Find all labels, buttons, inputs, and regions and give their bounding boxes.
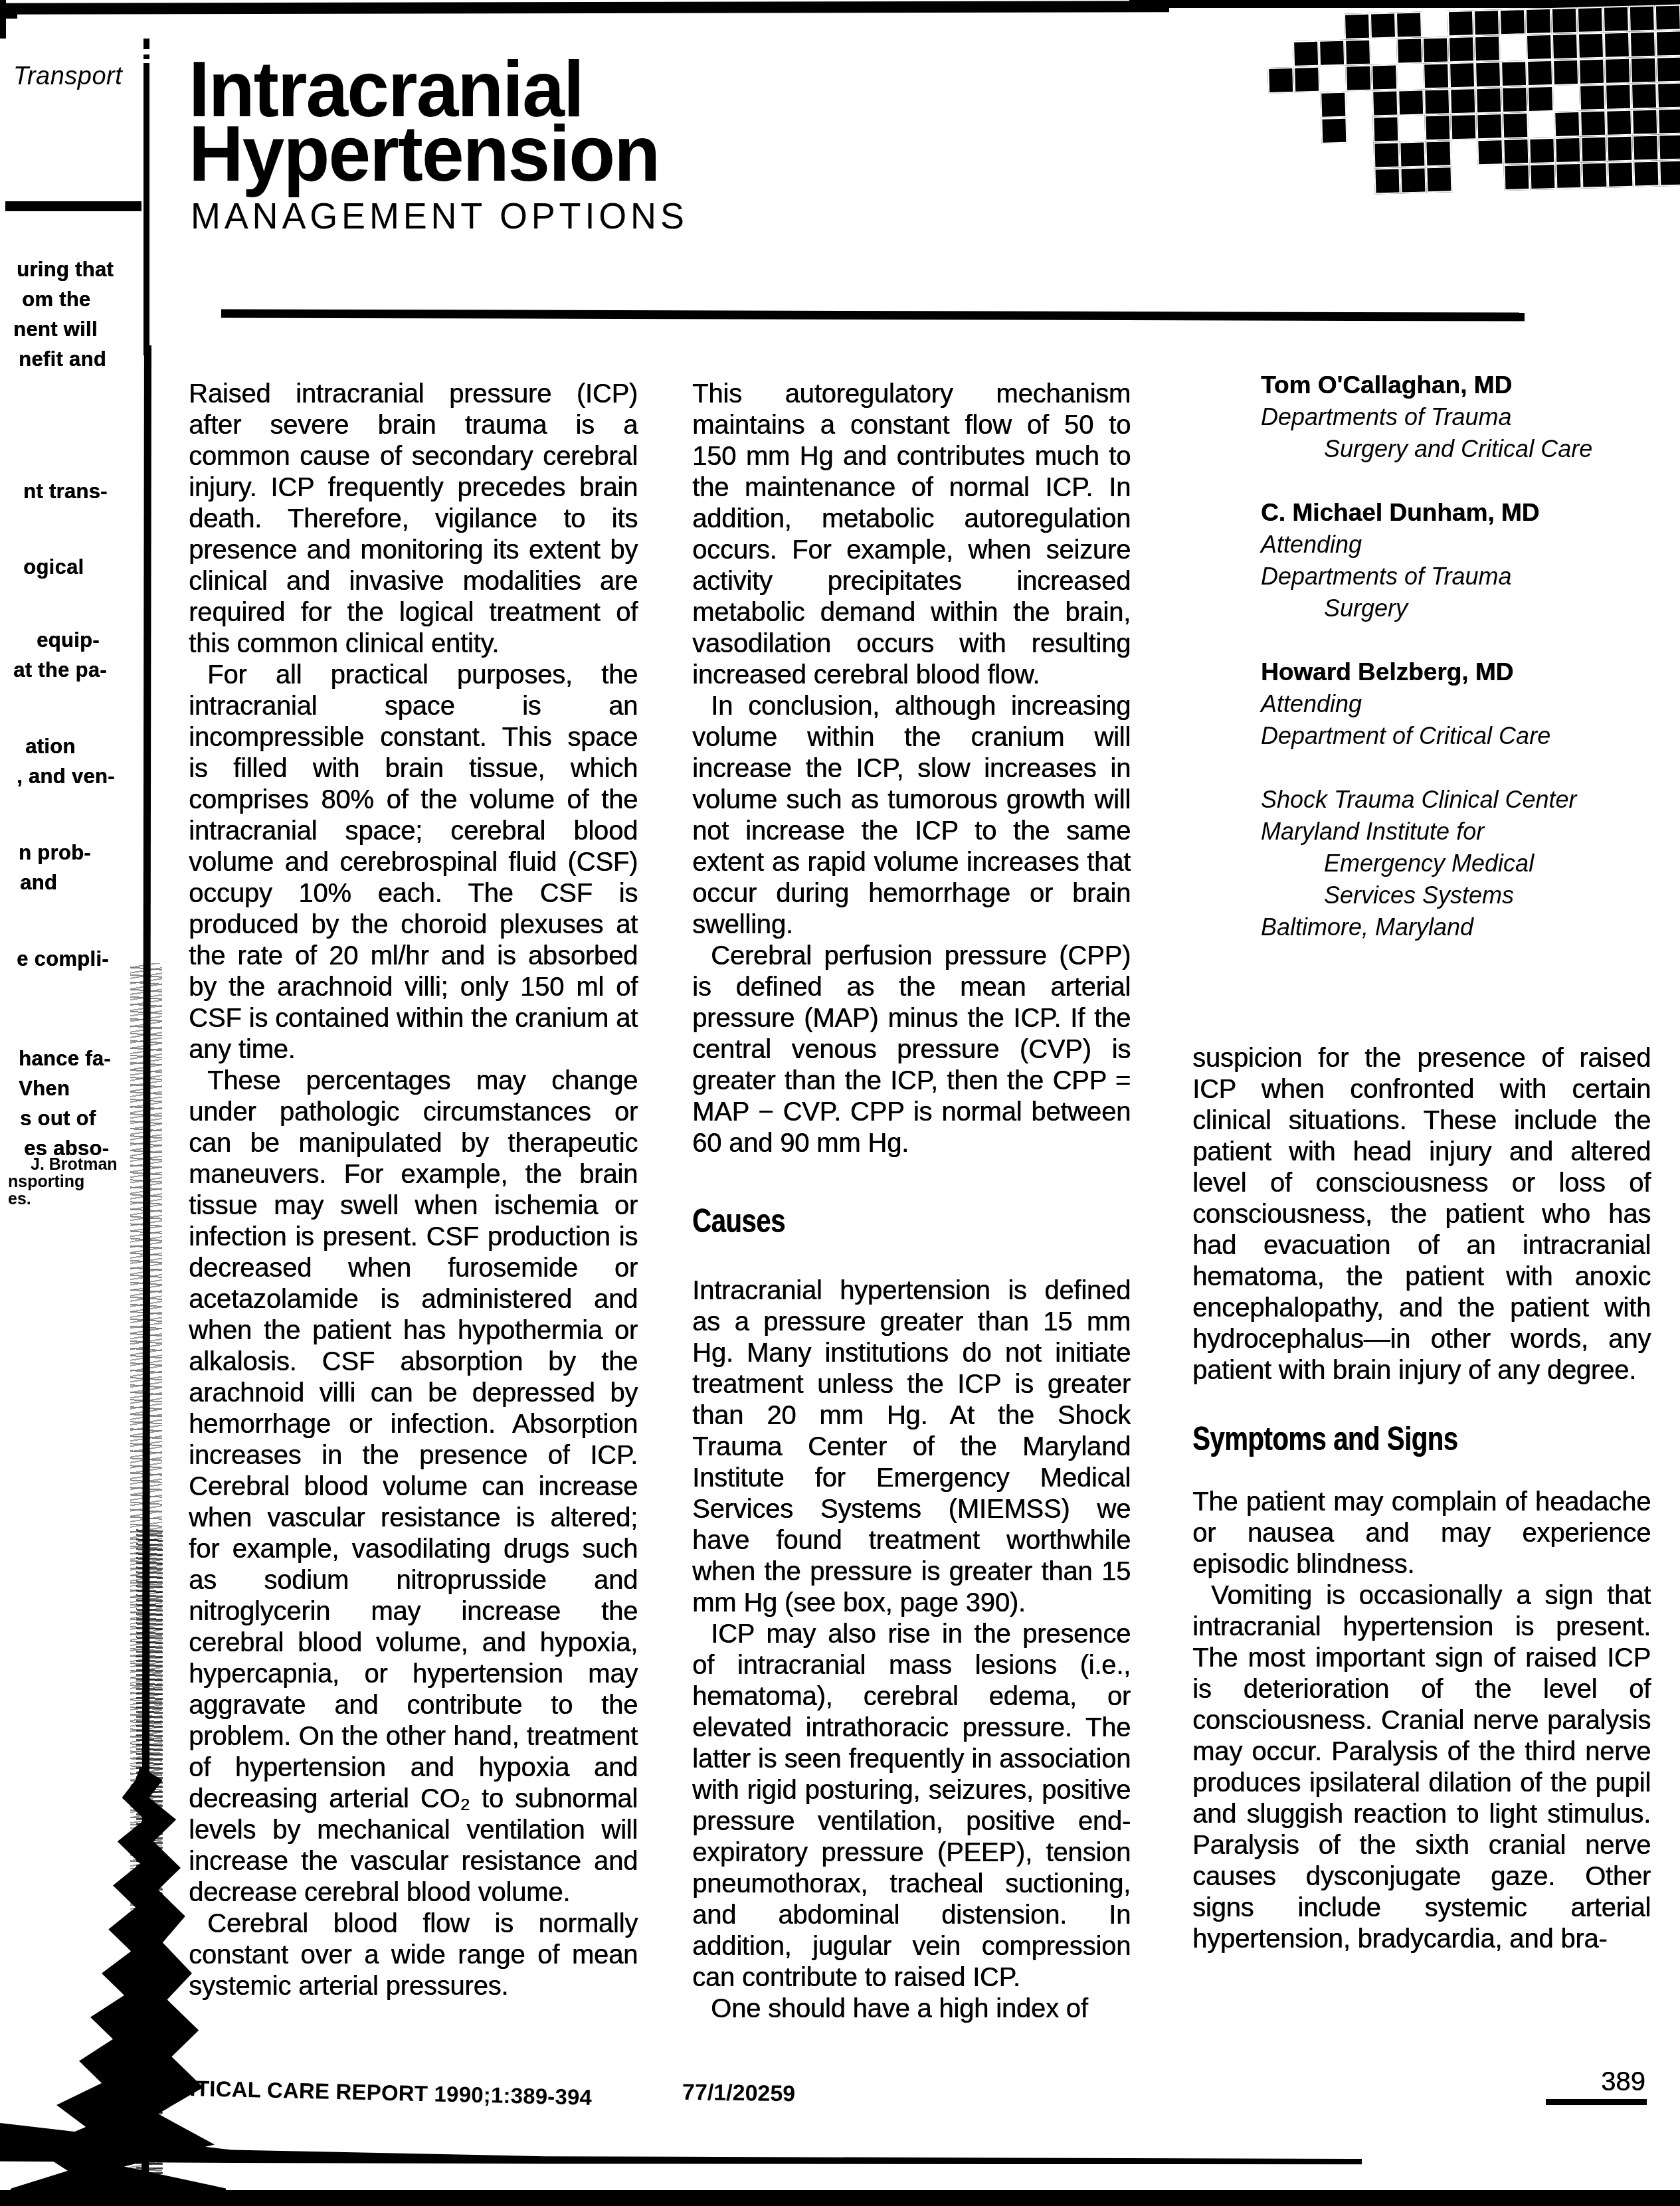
checkerboard-cell xyxy=(1476,113,1503,139)
section-heading-symptoms: Symptoms and Signs xyxy=(1192,1424,1559,1455)
checkerboard-cell xyxy=(1474,35,1501,62)
checkerboard-cell xyxy=(1475,61,1501,88)
checkerboard-cell xyxy=(1424,114,1451,141)
checkerboard-cell xyxy=(1370,13,1396,39)
checkerboard-cell xyxy=(1371,64,1398,91)
body-paragraph: The patient may complain of headache or … xyxy=(1192,1487,1651,1580)
checkerboard-cell xyxy=(1633,161,1659,187)
checkerboard-cell xyxy=(1451,139,1477,166)
margin-fragment: and xyxy=(20,871,57,895)
checkerboard-cell xyxy=(1271,171,1297,197)
checkerboard-cell xyxy=(1552,33,1578,60)
margin-fragment: Vhen xyxy=(19,1077,70,1101)
checkerboard-cell xyxy=(1606,110,1632,136)
institution-line: Emergency Medical xyxy=(1261,848,1659,879)
checkerboard-cell xyxy=(1577,7,1604,33)
checkerboard-cell xyxy=(1449,62,1475,88)
checkerboard-cell xyxy=(1345,65,1372,92)
margin-credit-note: J. Brotman nsporting es. xyxy=(8,1156,118,1208)
margin-note-line: es. xyxy=(8,1190,118,1208)
margin-header-transport: Transport xyxy=(13,62,122,91)
checkerboard-cell xyxy=(1551,7,1578,34)
checkerboard-cell xyxy=(1629,5,1655,32)
checkerboard-cell xyxy=(1321,143,1348,170)
checkerboard-cell xyxy=(1657,82,1680,109)
article-subtitle: MANAGEMENT OPTIONS xyxy=(191,195,688,237)
margin-note-line: nsporting xyxy=(8,1173,118,1190)
body-paragraph: Intracranial hypertension is defined as … xyxy=(692,1275,1131,1619)
margin-fragment: equip- xyxy=(37,628,100,652)
checkerboard-cell xyxy=(1449,88,1476,114)
page-number: 389 xyxy=(1601,2067,1645,2097)
checkerboard-cell xyxy=(1554,111,1580,138)
checkerboard-cell xyxy=(1525,8,1552,35)
checkerboard-cell xyxy=(1422,37,1449,63)
checkerboard-cell xyxy=(1372,116,1399,142)
checkerboard-cell xyxy=(1527,60,1553,86)
checkerboard-cell xyxy=(1422,11,1448,37)
checkerboard-cell xyxy=(1657,108,1680,135)
checkerboard-cell xyxy=(1554,137,1581,163)
checkerboard-cell xyxy=(1503,138,1529,165)
checkerboard-cell xyxy=(1630,31,1656,58)
margin-fragment: s out of xyxy=(20,1107,96,1131)
author-affiliation-line: Departments of Trauma xyxy=(1261,401,1659,433)
checkerboard-cell xyxy=(1345,39,1371,66)
checkerboard-cell xyxy=(1295,118,1321,145)
checkerboard-cell xyxy=(1499,9,1526,35)
checkerboard-cell xyxy=(1578,33,1604,59)
margin-fragment: n prob- xyxy=(19,841,91,865)
checkerboard-cell xyxy=(1450,114,1477,140)
checkerboard-cell xyxy=(1348,169,1374,195)
checkerboard-cell xyxy=(1502,112,1529,139)
body-paragraph: Cerebral blood flow is normally constant… xyxy=(189,1908,638,2002)
checkerboard-cell xyxy=(1398,89,1424,116)
column-divider-dash xyxy=(143,54,149,59)
checkerboard-cell xyxy=(1477,139,1503,165)
institution-line: Maryland Institute for xyxy=(1261,816,1659,848)
checkerboard-cell xyxy=(1528,112,1554,138)
footer-citation: CRITICAL CARE REPORT 1990;1:389-394 xyxy=(157,2075,592,2110)
checkerboard-cell xyxy=(1399,141,1426,167)
checkerboard-cell xyxy=(1630,57,1657,84)
author-block-gap xyxy=(1261,752,1659,784)
checkerboard-cell xyxy=(1344,13,1370,40)
checkerboard-cell xyxy=(1527,86,1554,112)
margin-fragment: , and ven- xyxy=(17,765,115,788)
institution-line: Baltimore, Maryland xyxy=(1261,911,1659,943)
checkerboard-cell xyxy=(1294,92,1321,119)
checkerboard-cell xyxy=(1500,35,1527,61)
checkerboard-cell xyxy=(1295,144,1322,171)
checkerboard-cell xyxy=(1475,87,1502,114)
author-affiliation-line: Departments of Trauma xyxy=(1261,561,1659,593)
margin-divider-rule xyxy=(5,201,141,211)
checkerboard-cell xyxy=(1373,141,1400,168)
checkerboard-cell xyxy=(1529,138,1555,164)
checkerboard-cell xyxy=(1423,62,1449,89)
margin-fragment: hance fa- xyxy=(19,1047,111,1071)
checkerboard-cell xyxy=(1318,14,1345,41)
checkerboard-cell xyxy=(1579,84,1606,111)
checkerboard-cell xyxy=(1658,134,1680,161)
checkerboard-cell xyxy=(1269,145,1296,171)
checkerboard-cell xyxy=(1400,167,1426,193)
checkerboard-cell xyxy=(1425,140,1451,167)
checkerboard-cell xyxy=(1473,9,1500,36)
checkerboard-cell xyxy=(1424,88,1450,115)
body-paragraph: For all practical purposes, the intracra… xyxy=(189,660,638,1065)
author-block-gap xyxy=(1261,624,1659,656)
checkerboard-cell xyxy=(1553,85,1580,112)
checkerboard-cell xyxy=(1374,167,1400,194)
page-number-rule xyxy=(1546,2099,1647,2105)
author-affiliation-line: Surgery xyxy=(1261,593,1659,624)
checkerboard-cell xyxy=(1426,166,1452,193)
body-column-3: suspicion for the presence of raised ICP… xyxy=(1192,1043,1651,1955)
body-paragraph: suspicion for the presence of raised ICP… xyxy=(1192,1043,1651,1386)
checkerboard-cell xyxy=(1267,41,1293,68)
checkerboard-cell xyxy=(1292,15,1319,41)
corner-scan-mark xyxy=(0,0,6,39)
checkerboard-cell xyxy=(1372,90,1398,117)
author-block-gap xyxy=(1261,465,1659,497)
body-column-2: This autoregulatory mechanism maintains … xyxy=(692,379,1131,2025)
masthead-rule xyxy=(221,309,1525,321)
checkerboard-cell xyxy=(1451,165,1478,192)
body-paragraph: In conclusion, although increasing volum… xyxy=(692,691,1131,941)
margin-fragment: ation xyxy=(25,735,76,759)
checkerboard-cell xyxy=(1503,164,1530,191)
checkerboard-cell xyxy=(1448,36,1475,62)
checkerboard-cell xyxy=(1632,109,1658,136)
checkerboard-cell xyxy=(1632,135,1659,161)
checkerboard-cell xyxy=(1397,63,1424,90)
checkerboard-cell xyxy=(1266,15,1293,42)
institution-line: Shock Trauma Clinical Center xyxy=(1261,784,1659,816)
checkerboard-cell xyxy=(1555,163,1582,189)
body-paragraph: Cerebral perfusion pressure (CPP) is def… xyxy=(692,941,1131,1159)
checkerboard-cell xyxy=(1552,59,1579,86)
checkerboard-cell xyxy=(1319,66,1346,92)
checkerboard-cell xyxy=(1398,115,1425,141)
checkerboard-cell xyxy=(1631,83,1657,110)
checkerboard-cell xyxy=(1529,163,1556,190)
scanned-article-page: Transport uring that om the nent will ne… xyxy=(0,0,1680,2206)
margin-fragment: nt trans- xyxy=(23,480,108,504)
body-paragraph: Raised intracranial pressure (ICP) after… xyxy=(189,379,638,660)
checkerboard-cell xyxy=(1580,110,1606,137)
checkerboard-cell xyxy=(1447,10,1474,37)
checkerboard-cell xyxy=(1659,159,1680,186)
column-divider-dash xyxy=(143,39,149,49)
bottom-border-bar xyxy=(0,2190,1680,2206)
checkerboard-cell xyxy=(1501,86,1528,113)
author-name: C. Michael Dunham, MD xyxy=(1261,497,1659,529)
checkerboard-cell xyxy=(1267,67,1294,94)
checkerboard-cell xyxy=(1605,84,1632,110)
footer-document-code: 77/1/20259 xyxy=(682,2080,796,2107)
column-divider-line xyxy=(143,63,149,355)
top-border-line xyxy=(0,1,1169,15)
checkerboard-cell xyxy=(1606,136,1633,162)
checkerboard-cell xyxy=(1581,162,1608,189)
margin-fragment: at the pa- xyxy=(13,658,107,682)
body-paragraph: Vomiting is occasionally a sign that int… xyxy=(1192,1580,1651,1955)
corner-scan-mark-2 xyxy=(5,11,17,19)
checkerboard-cell xyxy=(1346,91,1372,118)
checkerboard-cell xyxy=(1370,39,1397,65)
checkerboard-cell xyxy=(1323,169,1349,196)
checkerboard-cell xyxy=(1526,34,1552,60)
article-title: Intracranial Hypertension xyxy=(189,58,659,187)
checkerboard-cell xyxy=(1321,118,1347,144)
body-column-1: Raised intracranial pressure (ICP) after… xyxy=(189,379,638,2002)
checkerboard-cell xyxy=(1603,6,1630,33)
checkerboard-cell xyxy=(1347,143,1374,169)
checkerboard-cell xyxy=(1655,31,1680,57)
checkerboard-cell xyxy=(1347,117,1373,143)
author-name: Howard Belzberg, MD xyxy=(1261,656,1659,688)
margin-fragment: e compli- xyxy=(17,947,109,971)
checkerboard-cell xyxy=(1297,170,1323,197)
body-paragraph: ICP may also rise in the presence of int… xyxy=(692,1619,1131,1993)
section-heading-causes: Causes xyxy=(692,1206,1043,1237)
checkerboard-cell xyxy=(1293,41,1319,67)
author-affiliation-line: Surgery and Critical Care xyxy=(1261,433,1659,465)
checkerboard-cell xyxy=(1477,165,1504,191)
checkerboard-cell xyxy=(1396,11,1422,38)
margin-note-line: J. Brotman xyxy=(31,1156,118,1173)
margin-fragment: ogical xyxy=(23,555,84,579)
checkerboard-cell xyxy=(1268,93,1295,120)
author-affiliation-line: Attending xyxy=(1261,529,1659,561)
margin-fragment: uring that xyxy=(17,258,114,282)
body-paragraph: This autoregulatory mechanism maintains … xyxy=(692,379,1131,691)
checkerboard-cell xyxy=(1293,66,1320,93)
author-affiliation-line: Department of Critical Care xyxy=(1261,720,1659,752)
checkerboard-cell xyxy=(1580,136,1607,163)
checkerboard-cell xyxy=(1604,58,1631,84)
checkerboard-cell xyxy=(1607,161,1633,188)
checkerboard-cell xyxy=(1604,32,1630,58)
body-paragraph: One should have a high index of xyxy=(692,1993,1131,2025)
institution-line: Services Systems xyxy=(1261,879,1659,911)
body-paragraph: These percentages may change under patho… xyxy=(189,1065,638,1908)
margin-fragment: om the xyxy=(22,288,90,312)
checkerboard-cell xyxy=(1656,56,1680,83)
margin-fragment: nefit and xyxy=(19,347,106,371)
checkerboard-cell xyxy=(1501,60,1527,87)
checkerboard-cell xyxy=(1319,40,1345,66)
author-affiliation-line: Attending xyxy=(1261,688,1659,720)
checkerboard-cell xyxy=(1396,37,1423,64)
author-name: Tom O'Callaghan, MD xyxy=(1261,369,1659,401)
checkerboard-cell xyxy=(1320,92,1347,118)
checkerboard-pattern xyxy=(1266,5,1680,197)
checkerboard-cell xyxy=(1269,119,1295,145)
checkerboard-cell xyxy=(1655,5,1680,31)
margin-fragment: nent will xyxy=(13,318,98,341)
article-title-line2: Hypertension xyxy=(189,110,659,198)
checkerboard-cell xyxy=(1578,58,1605,85)
author-block: Tom O'Callaghan, MD Departments of Traum… xyxy=(1261,369,1659,943)
